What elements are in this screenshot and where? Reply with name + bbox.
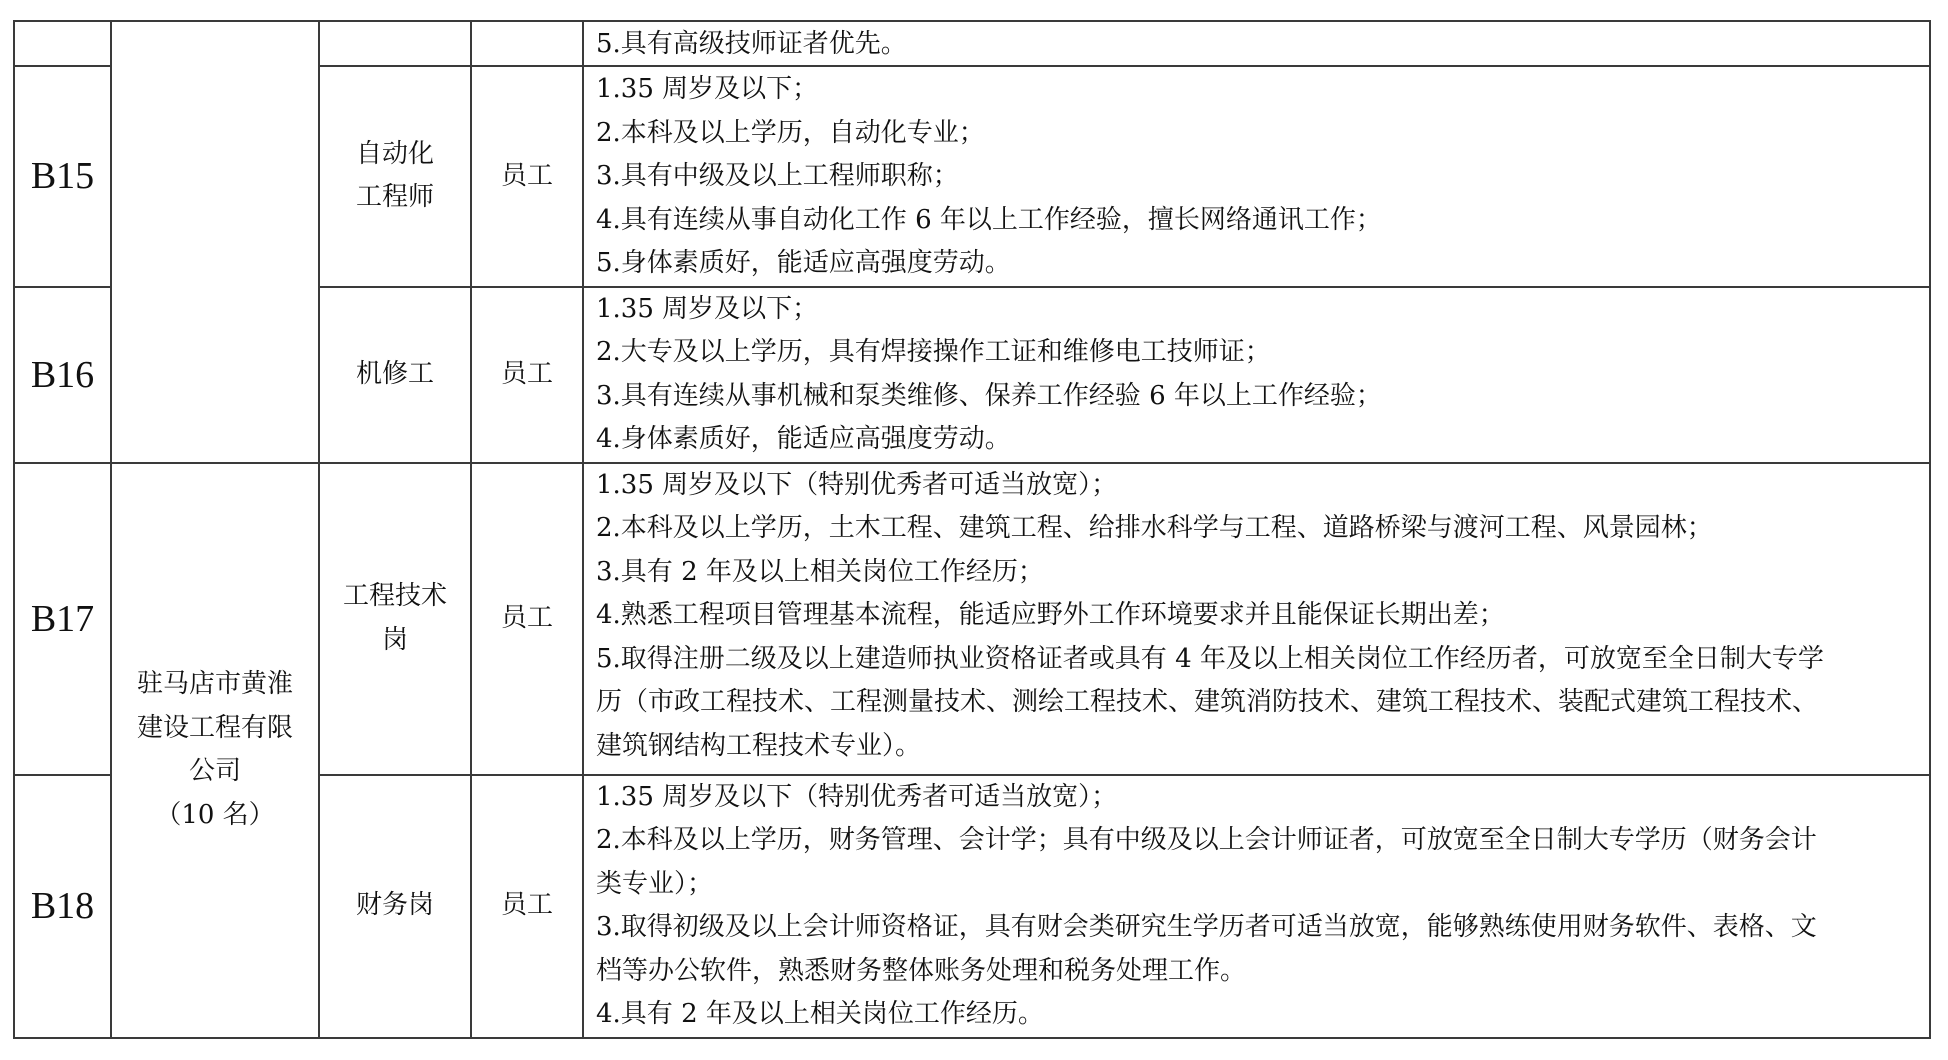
requirements-cell: 1.35 周岁及以下（特别优秀者可适当放宽）； 2.本科及以上学历，土木工程、建… xyxy=(583,463,1930,775)
requirement-line: 档等办公软件，熟悉财务整体账务处理和税务处理工作。 xyxy=(596,950,1929,994)
recruitment-table: 5.具有高级技师证者优先。 B15 自动化 工程师 员工 1.35 周岁及以下；… xyxy=(13,20,1931,1039)
position-cell: 财务岗 xyxy=(319,775,471,1038)
requirement-line: 5.身体素质好，能适应高强度劳动。 xyxy=(596,242,1929,286)
position-name-line: 工程技术 xyxy=(320,575,470,619)
requirement-line: 3.取得初级及以上会计师资格证，具有财会类研究生学历者可适当放宽，能够熟练使用财… xyxy=(596,906,1929,950)
requirement-line: 2.本科及以上学历，财务管理、会计学；具有中级及以上会计师证者，可放宽至全日制大… xyxy=(596,819,1929,863)
position-cell xyxy=(319,21,471,66)
requirement-line: 4.身体素质好，能适应高强度劳动。 xyxy=(596,418,1929,462)
requirement-line: 4.具有连续从事自动化工作 6 年以上工作经验，擅长网络通讯工作； xyxy=(596,199,1929,243)
position-name-line: 工程师 xyxy=(320,176,470,220)
table-row: B17 驻马店市黄淮 建设工程有限 公司 （10 名） 工程技术 岗 员工 1.… xyxy=(14,463,1930,775)
requirement-line: 2.本科及以上学历，自动化专业； xyxy=(596,112,1929,156)
company-name-line: 公司 xyxy=(112,750,318,794)
employee-type: 员工 xyxy=(471,287,583,463)
position-cell: 自动化 工程师 xyxy=(319,66,471,287)
position-cell: 工程技术 岗 xyxy=(319,463,471,775)
requirement-line: 1.35 周岁及以下； xyxy=(596,288,1929,332)
requirements-cell: 5.具有高级技师证者优先。 xyxy=(583,21,1930,66)
requirements-cell: 1.35 周岁及以下； 2.大专及以上学历，具有焊接操作工证和维修电工技师证； … xyxy=(583,287,1930,463)
requirement-line: 5.具有高级技师证者优先。 xyxy=(596,23,1929,65)
requirement-line: 5.取得注册二级及以上建造师执业资格证者或具有 4 年及以上相关岗位工作经历者，… xyxy=(596,638,1929,682)
requirement-line: 1.35 周岁及以下（特别优秀者可适当放宽）； xyxy=(596,464,1929,508)
requirement-line: 1.35 周岁及以下（特别优秀者可适当放宽）； xyxy=(596,776,1929,820)
position-cell: 机修工 xyxy=(319,287,471,463)
requirement-line: 类专业）； xyxy=(596,863,1929,907)
position-name-line: 机修工 xyxy=(320,353,470,397)
requirements-cell: 1.35 周岁及以下（特别优秀者可适当放宽）； 2.本科及以上学历，财务管理、会… xyxy=(583,775,1930,1038)
requirement-line: 3.具有 2 年及以上相关岗位工作经历； xyxy=(596,551,1929,595)
table-row: 5.具有高级技师证者优先。 xyxy=(14,21,1930,66)
type-cell xyxy=(471,21,583,66)
requirement-line: 1.35 周岁及以下； xyxy=(596,68,1929,112)
company-cell xyxy=(111,21,319,463)
job-code: B17 xyxy=(14,463,111,775)
requirement-line: 历（市政工程技术、工程测量技术、测绘工程技术、建筑消防技术、建筑工程技术、装配式… xyxy=(596,681,1929,725)
headcount: （10 名） xyxy=(112,794,318,838)
company-name-line: 驻马店市黄淮 xyxy=(112,663,318,707)
requirements-cell: 1.35 周岁及以下； 2.本科及以上学历，自动化专业； 3.具有中级及以上工程… xyxy=(583,66,1930,287)
position-name-line: 财务岗 xyxy=(320,884,470,928)
code-cell xyxy=(14,21,111,66)
company-name-line: 建设工程有限 xyxy=(112,707,318,751)
employee-type: 员工 xyxy=(471,775,583,1038)
job-code: B15 xyxy=(14,66,111,287)
position-name-line: 岗 xyxy=(320,619,470,663)
employee-type: 员工 xyxy=(471,463,583,775)
requirement-line: 4.熟悉工程项目管理基本流程，能适应野外工作环境要求并且能保证长期出差； xyxy=(596,594,1929,638)
job-code: B18 xyxy=(14,775,111,1038)
requirement-line: 2.大专及以上学历，具有焊接操作工证和维修电工技师证； xyxy=(596,331,1929,375)
requirement-line: 3.具有中级及以上工程师职称； xyxy=(596,155,1929,199)
requirement-line: 4.具有 2 年及以上相关岗位工作经历。 xyxy=(596,993,1929,1037)
employee-type: 员工 xyxy=(471,66,583,287)
job-code: B16 xyxy=(14,287,111,463)
requirement-line: 2.本科及以上学历，土木工程、建筑工程、给排水科学与工程、道路桥梁与渡河工程、风… xyxy=(596,507,1929,551)
requirement-line: 建筑钢结构工程技术专业）。 xyxy=(596,725,1929,769)
requirement-line: 3.具有连续从事机械和泵类维修、保养工作经验 6 年以上工作经验； xyxy=(596,375,1929,419)
company-cell: 驻马店市黄淮 建设工程有限 公司 （10 名） xyxy=(111,463,319,1038)
position-name-line: 自动化 xyxy=(320,133,470,177)
